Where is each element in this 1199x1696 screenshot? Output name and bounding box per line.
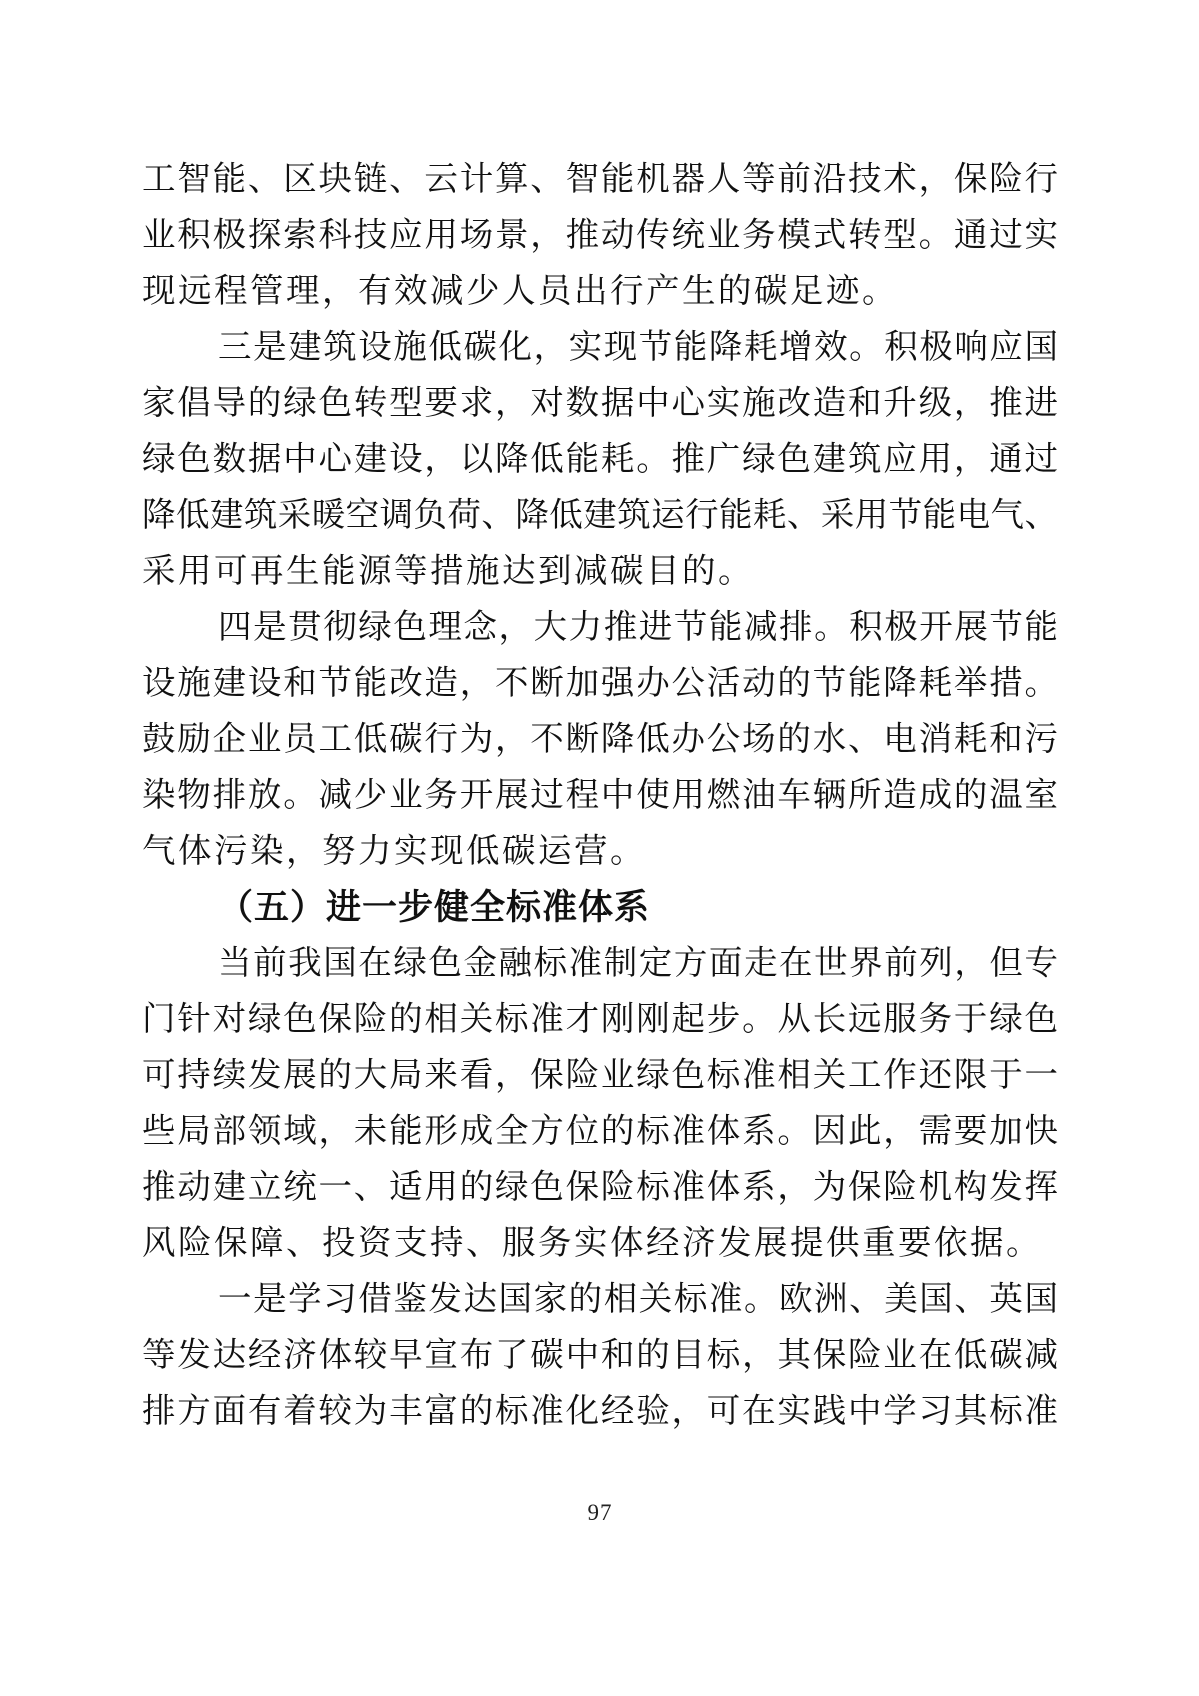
text-line: 等发达经济体较早宣布了碳中和的目标，其保险业在低碳减 [142,1328,1058,1384]
text-line: 风险保障、投资支持、服务实体经济发展提供重要依据。 [142,1216,1058,1272]
text-line: 门针对绿色保险的相关标准才刚刚起步。从长远服务于绿色 [142,992,1058,1048]
text-line: 业积极探索科技应用场景，推动传统业务模式转型。通过实 [142,208,1058,264]
page-footer: 97 [142,1500,1058,1526]
text-line: 家倡导的绿色转型要求，对数据中心实施改造和升级，推进 [142,376,1058,432]
text-line: 些局部领域，未能形成全方位的标准体系。因此，需要加快 [142,1104,1058,1160]
text-line: 推动建立统一、适用的绿色保险标准体系，为保险机构发挥 [142,1160,1058,1216]
text-line: 三是建筑设施低碳化，实现节能降耗增效。积极响应国 [142,320,1058,376]
text-line: 四是贯彻绿色理念，大力推进节能减排。积极开展节能 [142,600,1058,656]
text-line: 当前我国在绿色金融标准制定方面走在世界前列，但专 [142,936,1058,992]
text-line: 工智能、区块链、云计算、智能机器人等前沿技术，保险行 [142,152,1058,208]
text-line: 染物排放。减少业务开展过程中使用燃油车辆所造成的温室 [142,768,1058,824]
text-line: 鼓励企业员工低碳行为，不断降低办公场的水、电消耗和污 [142,712,1058,768]
document-page: 工智能、区块链、云计算、智能机器人等前沿技术，保险行业积极探索科技应用场景，推动… [0,0,1199,1696]
text-line: 采用可再生能源等措施达到减碳目的。 [142,544,1058,600]
text-line: 一是学习借鉴发达国家的相关标准。欧洲、美国、英国 [142,1272,1058,1328]
document-text-block: 工智能、区块链、云计算、智能机器人等前沿技术，保险行业积极探索科技应用场景，推动… [142,152,1058,1440]
text-line: 设施建设和节能改造，不断加强办公活动的节能降耗举措。 [142,656,1058,712]
text-line: 降低建筑采暖空调负荷、降低建筑运行能耗、采用节能电气、 [142,488,1058,544]
text-line: 绿色数据中心建设，以降低能耗。推广绿色建筑应用，通过 [142,432,1058,488]
text-line: 现远程管理，有效减少人员出行产生的碳足迹。 [142,264,1058,320]
section-heading: （五）进一步健全标准体系 [142,880,1058,936]
page-number: 97 [588,1500,613,1525]
text-line: 可持续发展的大局来看，保险业绿色标准相关工作还限于一 [142,1048,1058,1104]
text-line: 气体污染，努力实现低碳运营。 [142,824,1058,880]
text-line: 排方面有着较为丰富的标准化经验，可在实践中学习其标准 [142,1384,1058,1440]
